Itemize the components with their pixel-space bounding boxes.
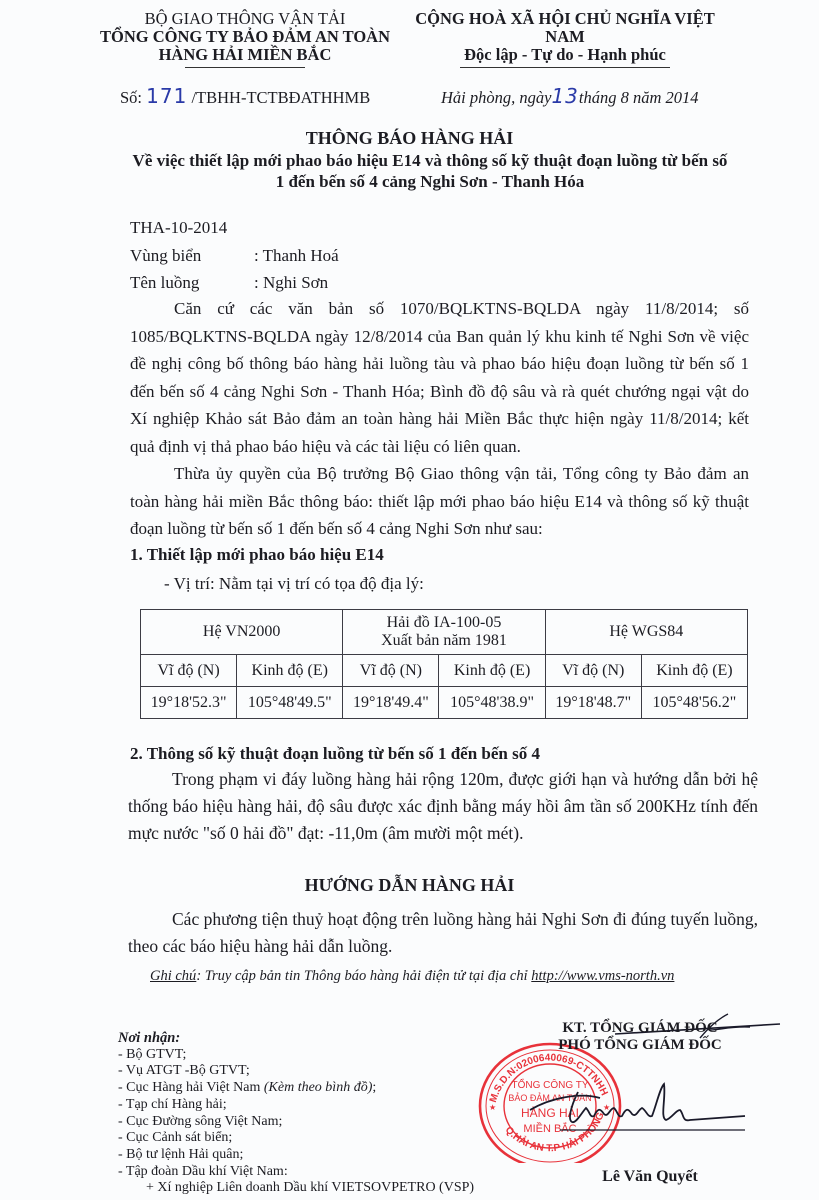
table-cell: 105°48'49.5" [237,687,343,719]
table-group-header-row: Hệ VN2000 Hải đồ IA-100-05Xuất bản năm 1… [141,610,748,655]
recipient-name: - Cục Hàng hải Việt Nam [118,1080,260,1095]
list-sub-item: + Xí nghiệp Liên doanh Dầu khí VIETSOVPE… [118,1180,474,1197]
column-header: Kinh độ (E) [237,655,343,687]
section-2-heading: 2. Thông số kỹ thuật đoạn luồng từ bến s… [130,744,540,764]
column-header: Vĩ độ (N) [545,655,641,687]
meta-value: : Thanh Hoá [254,246,339,265]
document-number: Số: 171 /TBHH-TCTBĐATHHMB [120,84,370,108]
recipients-list: Nơi nhận: - Bộ GTVT; - Vụ ATGT -Bộ GTVT;… [118,1030,474,1197]
svg-text:★: ★ [489,1103,496,1112]
meta-label: Tên luồng [130,269,254,297]
issuing-organization: BỘ GIAO THÔNG VẬN TẢI TỔNG CÔNG TY BẢO Đ… [100,10,390,68]
document-title: THÔNG BÁO HÀNG HẢI [0,128,819,149]
section-1-heading: 1. Thiết lập mới phao báo hiệu E14 [130,545,384,565]
table-cell: 19°18'48.7" [545,687,641,719]
recipients-heading: Nơi nhận: [118,1030,474,1047]
position-line: - Vị trí: Nằm tại vị trí có tọa độ địa l… [164,574,424,594]
table-cell: 19°18'52.3" [141,687,237,719]
table-cell: 19°18'49.4" [343,687,439,719]
date-suffix: tháng 8 năm 2014 [579,88,699,107]
doc-number-suffix: /TBHH-TCTBĐATHHMB [191,88,370,107]
list-item: - Tạp chí Hàng hải; [118,1097,474,1114]
state-header: CỘNG HOÀ XÃ HỘI CHỦ NGHĨA VIỆT NAM Độc l… [400,10,730,68]
website-link[interactable]: http://www.vms-north.vn [531,968,674,984]
table-cell: 105°48'38.9" [439,687,545,719]
note-line: Ghi chú: Truy cập bản tin Thông báo hàng… [150,968,674,985]
group-header-wgs84: Hệ WGS84 [545,610,747,655]
corporation-name: TỔNG CÔNG TY BẢO ĐẢM AN TOÀN [100,28,390,46]
column-header: Vĩ độ (N) [343,655,439,687]
paragraph-basis: Căn cứ các văn bản số 1070/BQLKTNS-BQLDA… [130,295,749,460]
doc-number-prefix: Số: [120,88,142,107]
national-motto: Độc lập - Tự do - Hạnh phúc [400,46,730,64]
country-name: CỘNG HOÀ XÃ HỘI CHỦ NGHĨA VIỆT NAM [400,10,730,46]
signatory-title: KT. TỔNG GIÁM ĐỐC PHÓ TỔNG GIÁM ĐỐC [520,1020,760,1054]
column-header: Vĩ độ (N) [141,655,237,687]
notice-code: THA-10-2014 [130,214,339,242]
signatory-title-line1: KT. TỔNG GIÁM ĐỐC [520,1020,760,1037]
column-header: Kinh độ (E) [641,655,747,687]
recipient-attachment-note: (Kèm theo bình đồ) [260,1080,372,1095]
paragraph-authorization: Thừa ủy quyền của Bộ trưởng Bộ Giao thôn… [130,460,749,543]
meta-label: Vùng biển [130,242,254,270]
meta-row-channel: Tên luồng: Nghi Sơn [130,269,339,297]
group-header-chart: Hải đồ IA-100-05Xuất bản năm 1981 [343,610,545,655]
list-item: - Cục Đường sông Việt Nam; [118,1114,474,1131]
meta-row-sea-area: Vùng biển: Thanh Hoá [130,242,339,270]
coordinates-table: Hệ VN2000 Hải đồ IA-100-05Xuất bản năm 1… [140,609,748,719]
date-day-handwritten: 13 [551,84,578,108]
table-cell: 105°48'56.2" [641,687,747,719]
header-divider [185,67,305,68]
doc-number-handwritten: 171 [146,84,187,108]
list-item: - Tập đoàn Dầu khí Việt Nam: [118,1164,474,1181]
paragraph-channel-specs: Trong phạm vi đáy luồng hàng hải rộng 12… [128,766,758,847]
list-item: - Cục Hàng hải Việt Nam (Kèm theo bình đ… [118,1080,474,1097]
list-item: - Bộ GTVT; [118,1047,474,1064]
list-item: - Vụ ATGT -Bộ GTVT; [118,1063,474,1080]
column-header: Kinh độ (E) [439,655,545,687]
table-column-header-row: Vĩ độ (N) Kinh độ (E) Vĩ độ (N) Kinh độ … [141,655,748,687]
signer-name: Lê Văn Quyết [560,1168,740,1186]
table-row: 19°18'52.3" 105°48'49.5" 19°18'49.4" 105… [141,687,748,719]
list-item: - Bộ tư lệnh Hải quân; [118,1147,474,1164]
note-label: Ghi chú [150,968,196,984]
recipient-punct: ; [372,1080,376,1095]
document-subtitle: Về việc thiết lập mới phao báo hiệu E14 … [130,150,730,192]
motto-divider [460,67,670,68]
meta-value: : Nghi Sơn [254,273,328,292]
corporation-region: HÀNG HẢI MIỀN BẮC [100,46,390,64]
signatory-title-line2: PHÓ TỔNG GIÁM ĐỐC [520,1037,760,1054]
ministry-name: BỘ GIAO THÔNG VẬN TẢI [100,10,390,28]
notice-meta: THA-10-2014 Vùng biển: Thanh Hoá Tên luồ… [130,214,339,297]
guidance-heading: HƯỚNG DẪN HÀNG HẢI [0,875,819,896]
document-date: Hải phòng, ngày13tháng 8 năm 2014 [441,84,699,108]
date-prefix: Hải phòng, ngày [441,88,551,107]
handwritten-signature-icon [520,1078,750,1138]
list-item: - Cục Cảnh sát biển; [118,1130,474,1147]
paragraph-guidance: Các phương tiện thuỷ hoạt động trên luồn… [128,906,758,960]
note-text: : Truy cập bản tin Thông báo hàng hải đi… [196,968,531,984]
group-header-vn2000: Hệ VN2000 [141,610,343,655]
